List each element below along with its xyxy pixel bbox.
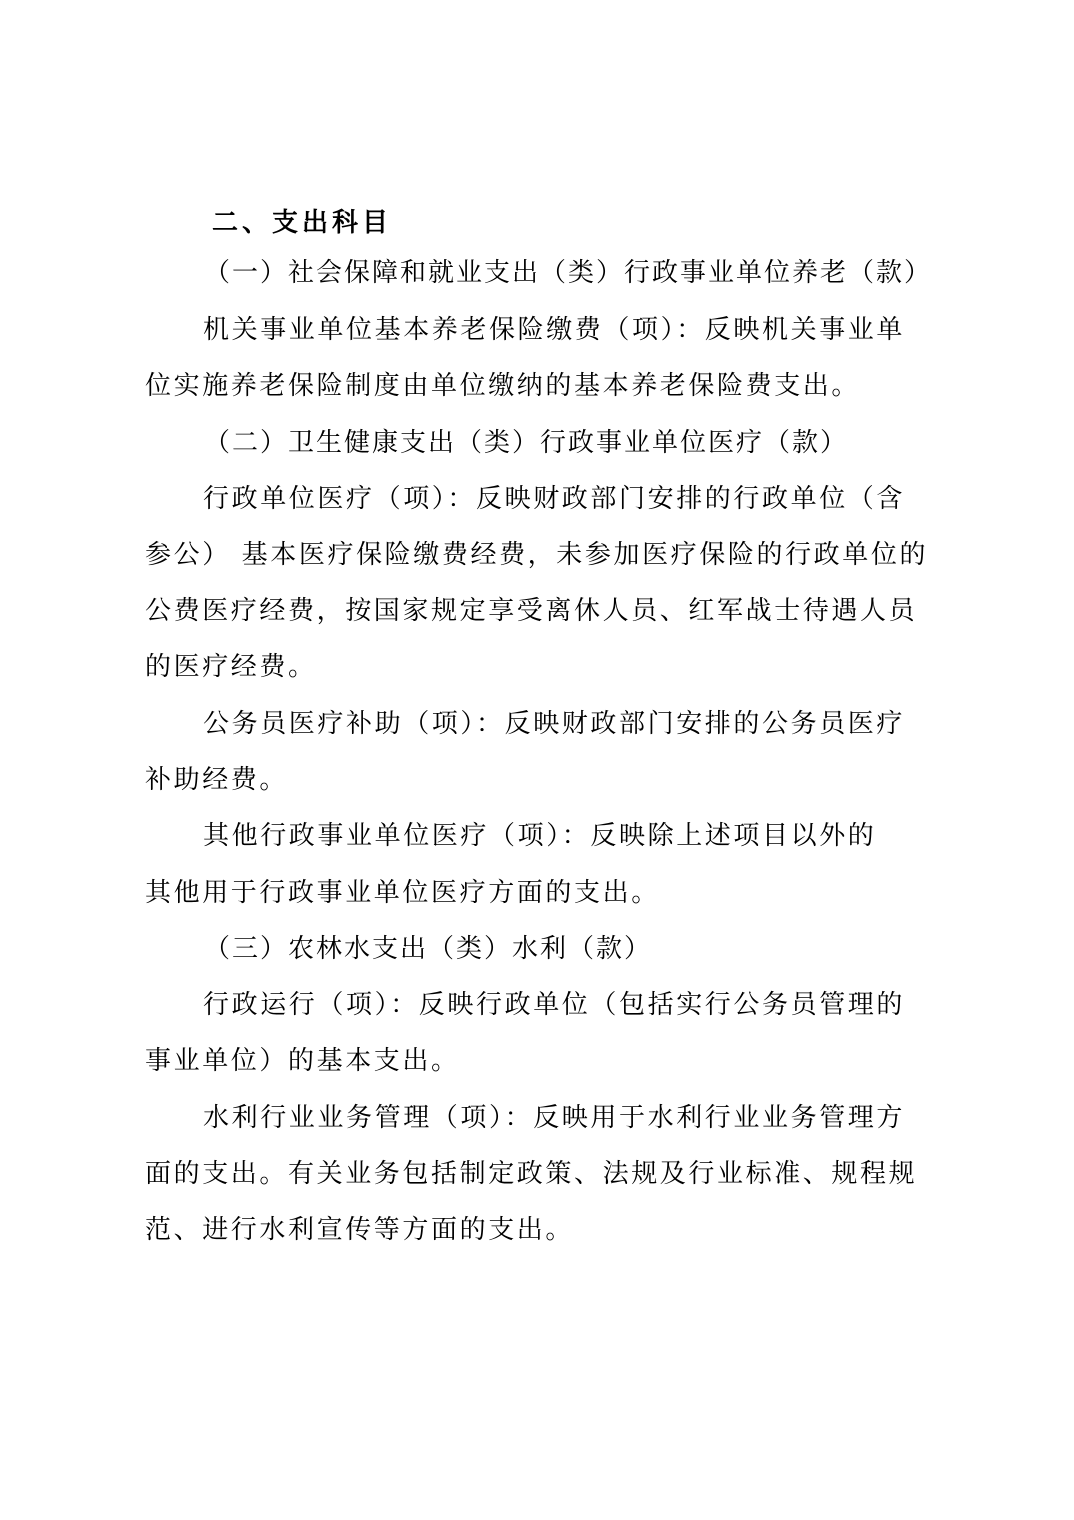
paragraph-line: 公务员医疗补助（项）：反映财政部门安排的公务员医疗 [203,707,905,741]
paragraph-line: 行政单位医疗（项）：反映财政部门安排的行政单位（含 [203,482,905,516]
paragraph-line: 公费医疗经费，按国家规定享受离休人员、红军战士待遇人员 [145,594,917,628]
section-heading-agriculture-water: （三）农林水支出（类）水利（款） [204,932,652,966]
paragraph-line: 水利行业业务管理（项）：反映用于水利行业业务管理方 [203,1101,905,1135]
paragraph-line: 范、进行水利宣传等方面的支出。 [145,1213,574,1247]
paragraph-line: 事业单位）的基本支出。 [145,1044,460,1078]
paragraph-line: 参公） 基本医疗保险缴费经费，未参加医疗保险的行政单位的 [145,538,928,572]
paragraph-line: 面的支出。有关业务包括制定政策、法规及行业标准、规程规 [145,1157,917,1191]
paragraph-line: 的医疗经费。 [145,650,317,684]
paragraph-line: 机关事业单位基本养老保险缴费（项）：反映机关事业单 [203,313,905,347]
paragraph-line: 其他行政事业单位医疗（项）：反映除上述项目以外的 [203,819,876,853]
paragraph-line: 位实施养老保险制度由单位缴纳的基本养老保险费支出。 [145,369,860,403]
document-page: 二、支出科目 （一）社会保障和就业支出（类）行政事业单位养老（款） 机关事业单位… [0,0,1074,1520]
section-title: 二、支出科目 [212,206,392,240]
paragraph-line: 行政运行（项）：反映行政单位（包括实行公务员管理的 [203,988,905,1022]
paragraph-line: 补助经费。 [145,763,288,797]
section-heading-health: （二）卫生健康支出（类）行政事业单位医疗（款） [204,426,848,460]
section-heading-social-security: （一）社会保障和就业支出（类）行政事业单位养老（款） [204,256,932,290]
paragraph-line: 其他用于行政事业单位医疗方面的支出。 [145,876,660,910]
